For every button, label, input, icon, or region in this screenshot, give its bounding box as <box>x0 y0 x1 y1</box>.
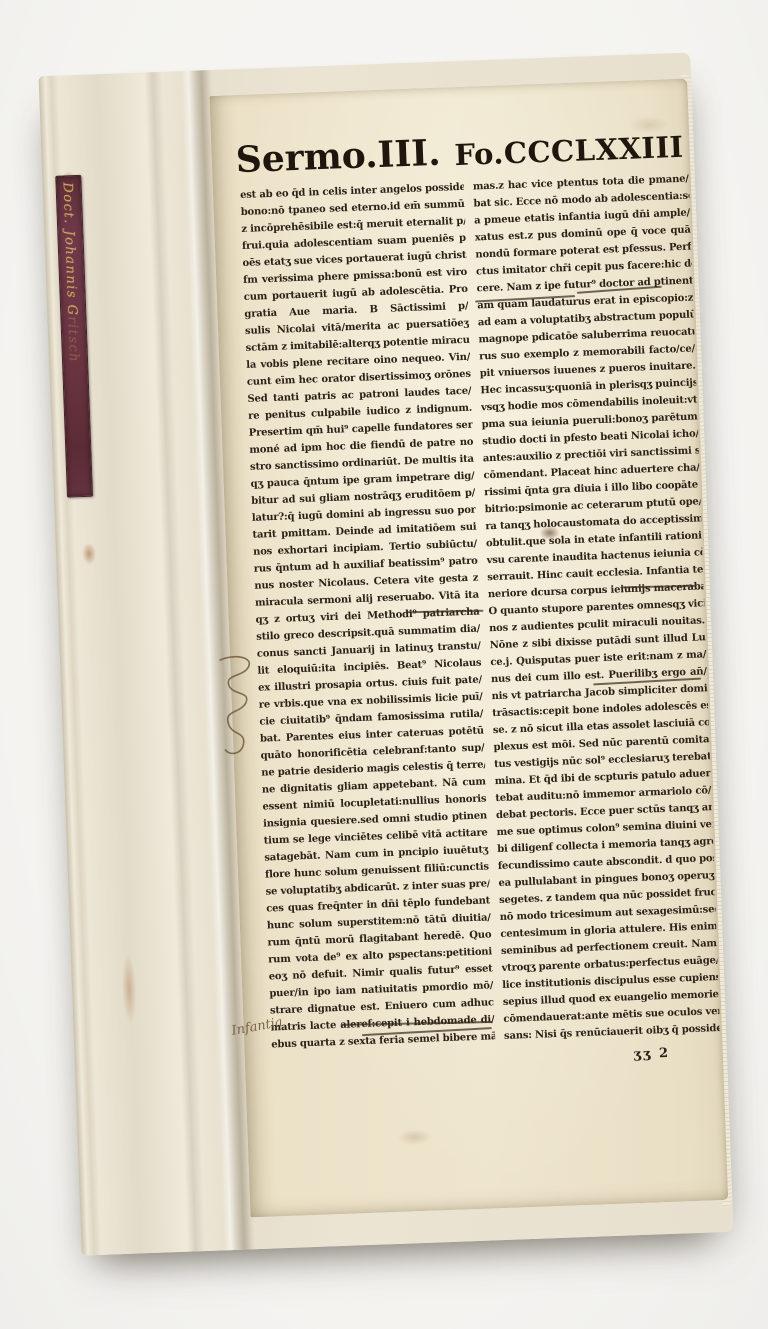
spine-title-text: Doct. Johannis Gritsch <box>60 182 82 364</box>
text-columns: est ab eo q̄d in celis inter angelos pos… <box>213 171 722 1055</box>
book: Doct. Johannis Gritsch Sermo.III. Fo.CCC… <box>39 52 734 1255</box>
spine-title-faded: ritsch <box>64 316 81 363</box>
printed-page: Sermo.III. Fo.CCCLXXIII est ab eo q̄d in… <box>209 79 728 1218</box>
running-header: Sermo.III. Fo.CCCLXXIII <box>209 79 690 184</box>
text-column-left: est ab eo q̄d in celis inter angelos pos… <box>240 179 496 1054</box>
signature-mark: ʒʒ 2 <box>617 1045 688 1063</box>
text-column-right: mas.z hac vice ptentus tota die pmane/ba… <box>473 171 721 1045</box>
marginal-squiggle-annotation <box>214 650 268 762</box>
faint-stain <box>397 1129 432 1146</box>
folio-number: Fo.CCCLXXIII <box>454 123 685 175</box>
sermon-title: Sermo.III. <box>235 132 441 181</box>
spine-title-visible: Doct. Johannis G <box>60 182 80 317</box>
photo-background: Doct. Johannis Gritsch Sermo.III. Fo.CCC… <box>0 0 768 1329</box>
